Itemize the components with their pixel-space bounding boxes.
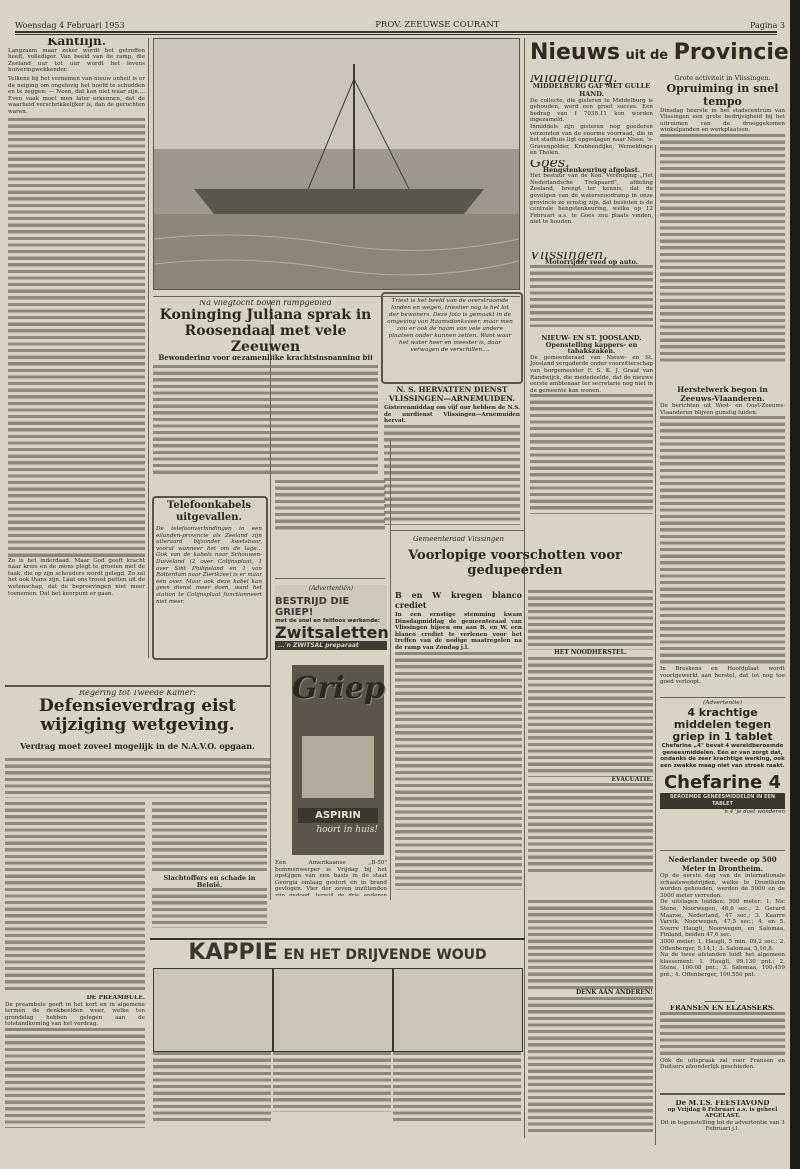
raad-header: Voorlopige voorschotten voor gedupeerden xyxy=(395,548,635,588)
comic-panel-1 xyxy=(153,968,273,1052)
telefoon-body: De telefoonverbindingen in een eilanden-… xyxy=(156,526,262,605)
defensie-subhead: Verdrag moet zoveel mogelijk in de N.A.V… xyxy=(5,743,270,750)
comic-title-main: KAPPIE xyxy=(188,940,278,965)
section-rule xyxy=(275,578,385,579)
drontheim-klassement: Na de twee afstanden luidt het algemeen … xyxy=(660,952,785,978)
aspirin-slogan: hoort in huis! xyxy=(292,825,384,835)
section-rule xyxy=(660,850,785,851)
ad-label: (Advertentiën) xyxy=(275,585,387,592)
raad-section-heading: DENK AAN ANDEREN! xyxy=(528,990,653,997)
goes-article: Goes. Hengstenkeuring afgelast. Het best… xyxy=(530,160,653,250)
opruiming-kicker: Grote activiteit in Vlissingen. xyxy=(660,75,785,82)
koningin-continuation xyxy=(275,480,385,530)
raad-section-heading: EVACUATIE. xyxy=(528,777,653,784)
chefarine-headline: 4 krachtige middelen tegen griep in 1 ta… xyxy=(660,707,785,743)
b50-article: Een Amerikaanse „B-50" bommenwerper is V… xyxy=(275,860,387,896)
flood-photo xyxy=(153,38,520,290)
joosland-body-text xyxy=(530,394,653,514)
flood-scene-illustration xyxy=(154,39,519,289)
defensie-headline: Defensieverdrag eist wijziging wetgeving… xyxy=(5,697,270,735)
page-edge xyxy=(790,0,800,1169)
zwitsal-tagline: ...'n ZWITSAL preparaat xyxy=(275,641,387,650)
raad-continued-text xyxy=(528,997,653,1132)
column-divider xyxy=(148,38,149,658)
mts-notice: De M.T.S. FEESTAVOND op Vrijdag 6 Februa… xyxy=(660,1100,785,1145)
kantlijn-closing: Zo is het inderdaad. Maar God geeft krac… xyxy=(8,558,145,598)
koningin-body-text xyxy=(153,365,378,475)
raad-lead: In een ernstige stemming kwam Dinsdagmid… xyxy=(395,612,522,652)
raad-body-text xyxy=(395,652,522,890)
page-number: Pagina 3 xyxy=(750,21,785,30)
middelburg-headline: MIDDELBURG GAF MET GULLE HAND. xyxy=(530,82,653,98)
raad-continued-text xyxy=(528,900,653,990)
section-rule xyxy=(660,697,785,698)
middelburg-lead: De collecte, die gisteren te Middelburg … xyxy=(530,98,653,124)
issue-date: Woensdag 4 Februari 1953 xyxy=(15,21,125,30)
joosland-headline: Openstelling kappers- en tabakszaken. xyxy=(530,342,653,355)
mts-status: AFGELAST. xyxy=(660,1113,785,1120)
kantlijn-title: Kantlijn. xyxy=(8,38,145,45)
kantlijn-opening: Langzaam maar zeker wordt het getroffen … xyxy=(8,48,145,74)
raad-headline: Voorlopige voorschotten voor gedupeerden xyxy=(395,548,635,578)
goes-headline: Hengstenkeuring afgelast. xyxy=(530,167,653,174)
defensie-preambule: DE PREAMBULE. De preambule geeft in het … xyxy=(5,995,145,1145)
comic-panel-1-text xyxy=(153,1052,271,1122)
drontheim-results-3000: 3000 meter: 1. Haugli, 5 min. 09,2 sec.;… xyxy=(660,939,785,952)
defensie-subhead-wrap: Verdrag moet zoveel mogelijk in de N.A.V… xyxy=(5,743,270,755)
chefarine-body: Chefarine „4" bevat 4 wereldberoemde gen… xyxy=(660,743,785,769)
defensie-lead-text xyxy=(5,758,270,798)
telefoon-headline: Telefoonkabels uitgevallen. xyxy=(156,500,262,524)
koningin-kicker: Na vliegtocht boven rampgebied xyxy=(153,300,378,307)
opruiming-headline: Opruiming in snel tempo xyxy=(660,82,785,108)
herstelwerk-lead: De berichten uit West- en Oost-Zeeuws-Vl… xyxy=(660,403,785,416)
masthead-rule-thin xyxy=(15,34,777,35)
middelburg-more: Inmiddels zijn gisteren nog goederen ver… xyxy=(530,124,653,155)
fransen-closing: Ook de uitspraak zal voor Fransen en Dui… xyxy=(660,1058,785,1071)
raad-continued-2: DENK AAN ANDEREN! xyxy=(528,900,653,1140)
section-rule xyxy=(705,1001,735,1002)
photo-caption: Triest is het beeld van de overstroomde … xyxy=(386,298,514,376)
joosland-body: De gemeenteraad van Nieuw- en St. Joosla… xyxy=(530,355,653,395)
raad-continued-text xyxy=(528,590,653,650)
middelburg-place: Middelburg. xyxy=(530,75,653,82)
kantlijn-column: Kantlijn. Langzaam maar zeker wordt het … xyxy=(8,38,145,658)
belgie-heading: Slachtoffers en schade in België. xyxy=(152,875,267,887)
chefarine-brand: Chefarine 4 xyxy=(660,773,785,793)
kantlijn-body-text xyxy=(8,118,145,558)
section-rule xyxy=(390,530,524,531)
aspirin-ad: Griep ASPIRIN hoort in huis! xyxy=(292,665,384,855)
zwitsal-product: Zwitsaletten xyxy=(275,624,387,641)
aspirin-copy xyxy=(302,736,374,798)
aspirin-brand: ASPIRIN xyxy=(298,808,378,823)
kantlijn-paragraph: Telkens bij het vernemen van nieuw onhei… xyxy=(8,76,145,116)
vlissingen-headline: Motorrijder reed op auto. xyxy=(530,259,653,266)
comic-panel-2 xyxy=(273,968,393,1052)
comic-title: KAPPIE EN HET DRIJVENDE WOUD xyxy=(150,940,525,968)
banner-uitde: uit de xyxy=(626,48,669,63)
newspaper-name: PROV. ZEEUWSE COURANT xyxy=(375,20,499,30)
banner-nieuws: Nieuws xyxy=(530,40,620,65)
herstelwerk-closing: In Breskens en Hoofdplaat wordt voortgew… xyxy=(660,666,785,685)
joosland-article: NIEUW- EN ST. JOOSLAND. Openstelling kap… xyxy=(530,335,653,525)
comic-panel-3-text xyxy=(393,1052,521,1122)
comic-panel-2-text xyxy=(273,1052,391,1112)
defensie-header: Regering tot Tweede Kamer: Defensieverdr… xyxy=(5,690,270,740)
defensie-body-text xyxy=(5,802,145,992)
chefarine-banner: BEROEMDE GENEESMIDDELEN IN EEN TABLET xyxy=(660,793,785,808)
banner-provincie: Provincie. xyxy=(674,40,798,65)
vlissingen-body-text xyxy=(530,265,653,327)
defensie-body-text xyxy=(5,1028,145,1128)
raad-kicker: Gemeenteraad Vlissingen xyxy=(395,536,522,543)
fransen-article: FRANSEN EN ELZASSERS. Ook de uitspraak z… xyxy=(660,1005,785,1080)
comic-panel-3 xyxy=(393,968,523,1052)
herstelwerk-headline: Herstelwerk begon in Zeeuws-Vlaanderen. xyxy=(660,385,785,403)
drontheim-lead: Op de eerste dag van de internationale s… xyxy=(660,873,785,899)
koningin-header: Na vliegtocht boven rampgebied Koninging… xyxy=(153,300,378,360)
belgie-text xyxy=(152,888,267,928)
ns-headline: N. S. HERVATTEN DIENST VLISSINGEN—ARNEMU… xyxy=(384,385,520,403)
preambule-text: De preambule geeft in het kort en in alg… xyxy=(5,1002,145,1028)
fransen-body-text xyxy=(660,1012,785,1058)
masthead: Woensdag 4 Februari 1953 PROV. ZEEUWSE C… xyxy=(15,18,785,30)
provincie-banner: Nieuws uit de Provincie. xyxy=(530,40,785,72)
mts-line1: op Vrijdag 6 Februari a.s. is geheel xyxy=(660,1107,785,1114)
drontheim-results-500: De uitslagen luidden: 500 meter: 1. Nic … xyxy=(660,899,785,939)
section-rule xyxy=(660,1093,785,1095)
comic-title-rest: EN HET DRIJVENDE WOUD xyxy=(283,947,486,963)
newspaper-page: Woensdag 4 Februari 1953 PROV. ZEEUWSE C… xyxy=(0,0,790,1169)
preambule-heading: DE PREAMBULE. xyxy=(5,995,145,1002)
ns-body-text xyxy=(384,425,520,525)
raad-continued-text xyxy=(528,657,653,777)
telefoon-article: Telefoonkabels uitgevallen. De telefoonv… xyxy=(156,500,262,652)
raad-continued: HET NOODHERSTEL. EVACUATIE. xyxy=(528,590,653,890)
zwitsal-headline: BESTRIJD DIE GRIEP! xyxy=(275,596,387,618)
opruiming-body-text xyxy=(660,134,785,364)
koningin-subhead: Bewondering voor gezamenlijke krachtsins… xyxy=(153,355,378,360)
ns-article: N. S. HERVATTEN DIENST VLISSINGEN—ARNEMU… xyxy=(384,385,520,530)
section-rule xyxy=(5,685,270,687)
raad-subhead: B en W kregen blanco crediet xyxy=(395,590,522,610)
mts-title: De M.T.S. FEESTAVOND xyxy=(660,1100,785,1107)
belgie-heading-wrap: Slachtoffers en schade in België. xyxy=(152,875,267,887)
vlissingen-article: Vlissingen. Motorrijder reed op auto. xyxy=(530,252,653,342)
defensie-continued xyxy=(152,802,267,872)
chefarine-ad: (Advertentie) 4 krachtige middelen tegen… xyxy=(660,700,785,850)
raad-continued-text xyxy=(528,783,653,873)
drontheim-article: Nederlander tweede op 500 Meter in Dront… xyxy=(660,855,785,1010)
raad-section-heading: HET NOODHERSTEL. xyxy=(528,650,653,657)
goes-body: Het bestuur van de Kon. Vereniging „Het … xyxy=(530,173,653,226)
koningin-headline: Koninging Juliana sprak in Roosendaal me… xyxy=(153,307,378,355)
chefarine-tagline: 'n 4 'je doet wonderen xyxy=(660,809,785,816)
middelburg-article: Middelburg. MIDDELBURG GAF MET GULLE HAN… xyxy=(530,75,653,155)
fransen-headline: FRANSEN EN ELZASSERS. xyxy=(660,1005,785,1012)
opruiming-article: Grote activiteit in Vlissingen. Opruimin… xyxy=(660,75,785,380)
zwitsal-ad: (Advertentiën) BESTRIJD DIE GRIEP! met d… xyxy=(275,585,387,645)
herstelwerk-body-text xyxy=(660,416,785,666)
opruiming-lead: Dinsdag heerste in het stadscentrum van … xyxy=(660,108,785,134)
column-divider xyxy=(655,145,656,1145)
ns-lead: Gisterenmiddag om vijf uur hebben de N.S… xyxy=(384,405,520,425)
column-divider xyxy=(524,38,525,1138)
mts-line2: Dit in tegenstelling tot de advertentie … xyxy=(660,1120,785,1133)
raad-body: B en W kregen blanco crediet In een erns… xyxy=(395,590,522,890)
aspirin-title: Griep xyxy=(292,671,384,706)
herstelwerk-article: Herstelwerk begon in Zeeuws-Vlaanderen. … xyxy=(660,385,785,685)
masthead-rule xyxy=(15,31,777,33)
drontheim-headline: Nederlander tweede op 500 Meter in Dront… xyxy=(660,855,785,873)
